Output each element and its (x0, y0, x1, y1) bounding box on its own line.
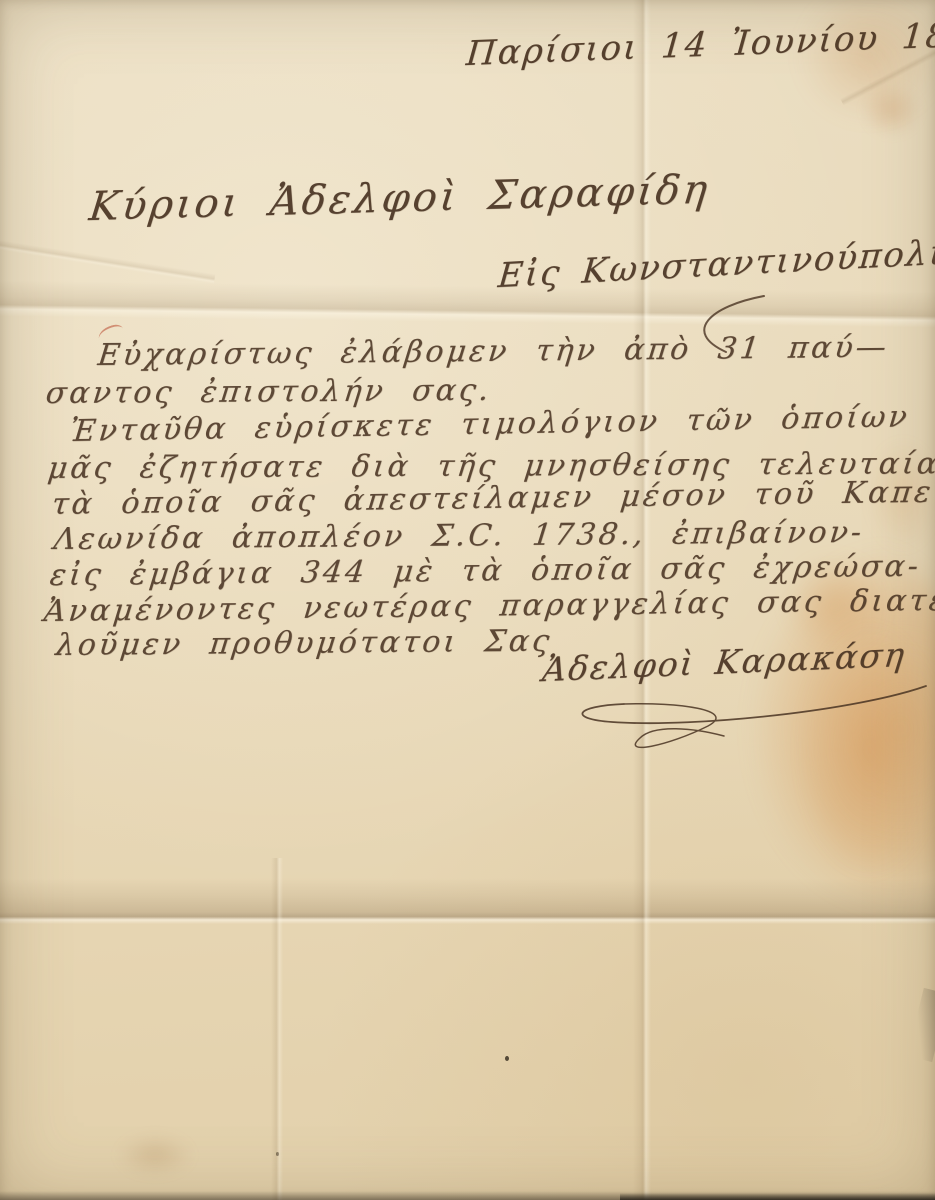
letter-scan-page: Παρίσιοι 14 Ἰουνίου 1878 Κύριοι Ἀδελφοὶ … (0, 0, 935, 1200)
address-line: Εἰς Κωνσταντινούπολιν (496, 231, 935, 296)
date-line: Παρίσιοι 14 Ἰουνίου 1878 (465, 14, 935, 75)
body-line: λοῦμεν προθυμότατοι Σας (54, 624, 554, 663)
salutation-line: Κύριοι Ἀδελφοὶ Σαραφίδη (87, 167, 713, 230)
ink-speck (276, 1152, 279, 1156)
right-edge-corner-shadow (907, 988, 935, 1062)
ink-speck (505, 1056, 509, 1061)
diagonal-crease-left (0, 238, 215, 284)
horizontal-fold-crease-lower (0, 878, 935, 924)
address-tail-flourish (668, 292, 778, 358)
body-line: σαντος ἐπιστολήν σας. (44, 373, 494, 411)
horizontal-fold-crease-upper (0, 280, 935, 328)
top-right-small-stain (857, 78, 927, 142)
bottom-right-scan-edge (620, 1193, 935, 1200)
signature-flourish (528, 676, 935, 760)
bottom-left-smudge (110, 1130, 200, 1180)
vertical-fold-crease-minor (271, 858, 283, 1200)
